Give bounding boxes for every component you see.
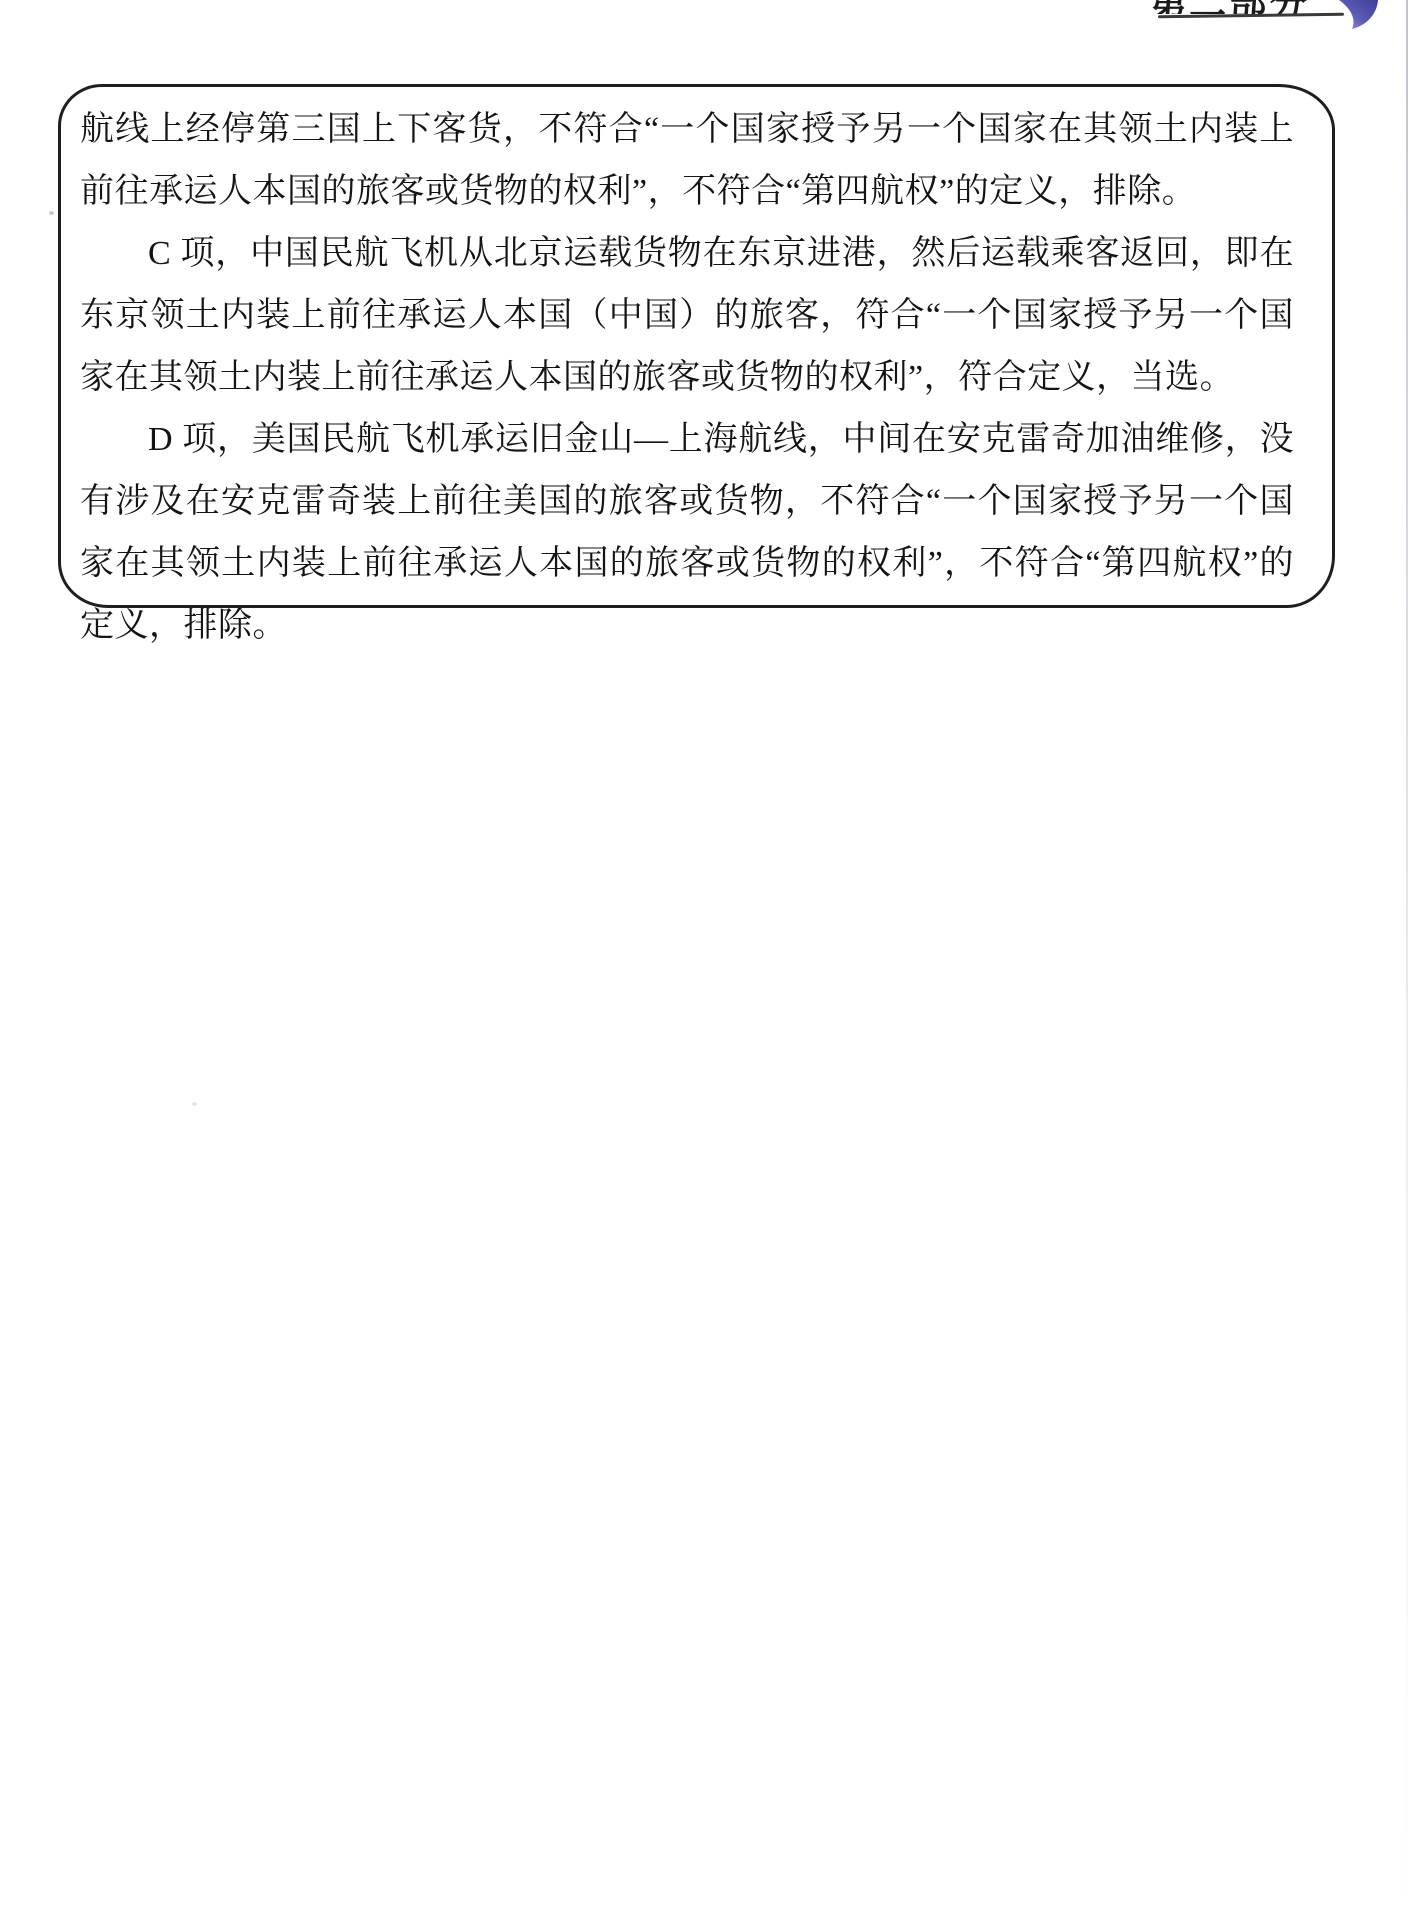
scanned-document-page: { "page": { "header": { "part_label": "第…: [0, 0, 1414, 1920]
blue-swoosh-icon: [1338, 0, 1382, 30]
scan-edge-line: [1406, 0, 1408, 1920]
section-header-text: 第二部分: [1150, 0, 1310, 14]
scan-speck: [192, 1102, 197, 1106]
explanation-paragraph-option-d: D 项，美国民航飞机承运旧金山—上海航线，中间在安克雷奇加油维修，没有涉及在安克…: [80, 409, 1294, 657]
explanation-paragraph-continued: 航线上经停第三国上下客货，不符合“一个国家授予另一个国家在其领土内装上前往承运人…: [80, 99, 1294, 223]
answer-explanation-box: 航线上经停第三国上下客货，不符合“一个国家授予另一个国家在其领土内装上前往承运人…: [58, 84, 1335, 608]
explanation-paragraph-option-c: C 项，中国民航飞机从北京运载货物在东京进港，然后运载乘客返回，即在东京领土内装…: [80, 223, 1294, 409]
section-header-label: 第二部分: [1150, 0, 1310, 14]
scan-speck: [49, 211, 54, 215]
